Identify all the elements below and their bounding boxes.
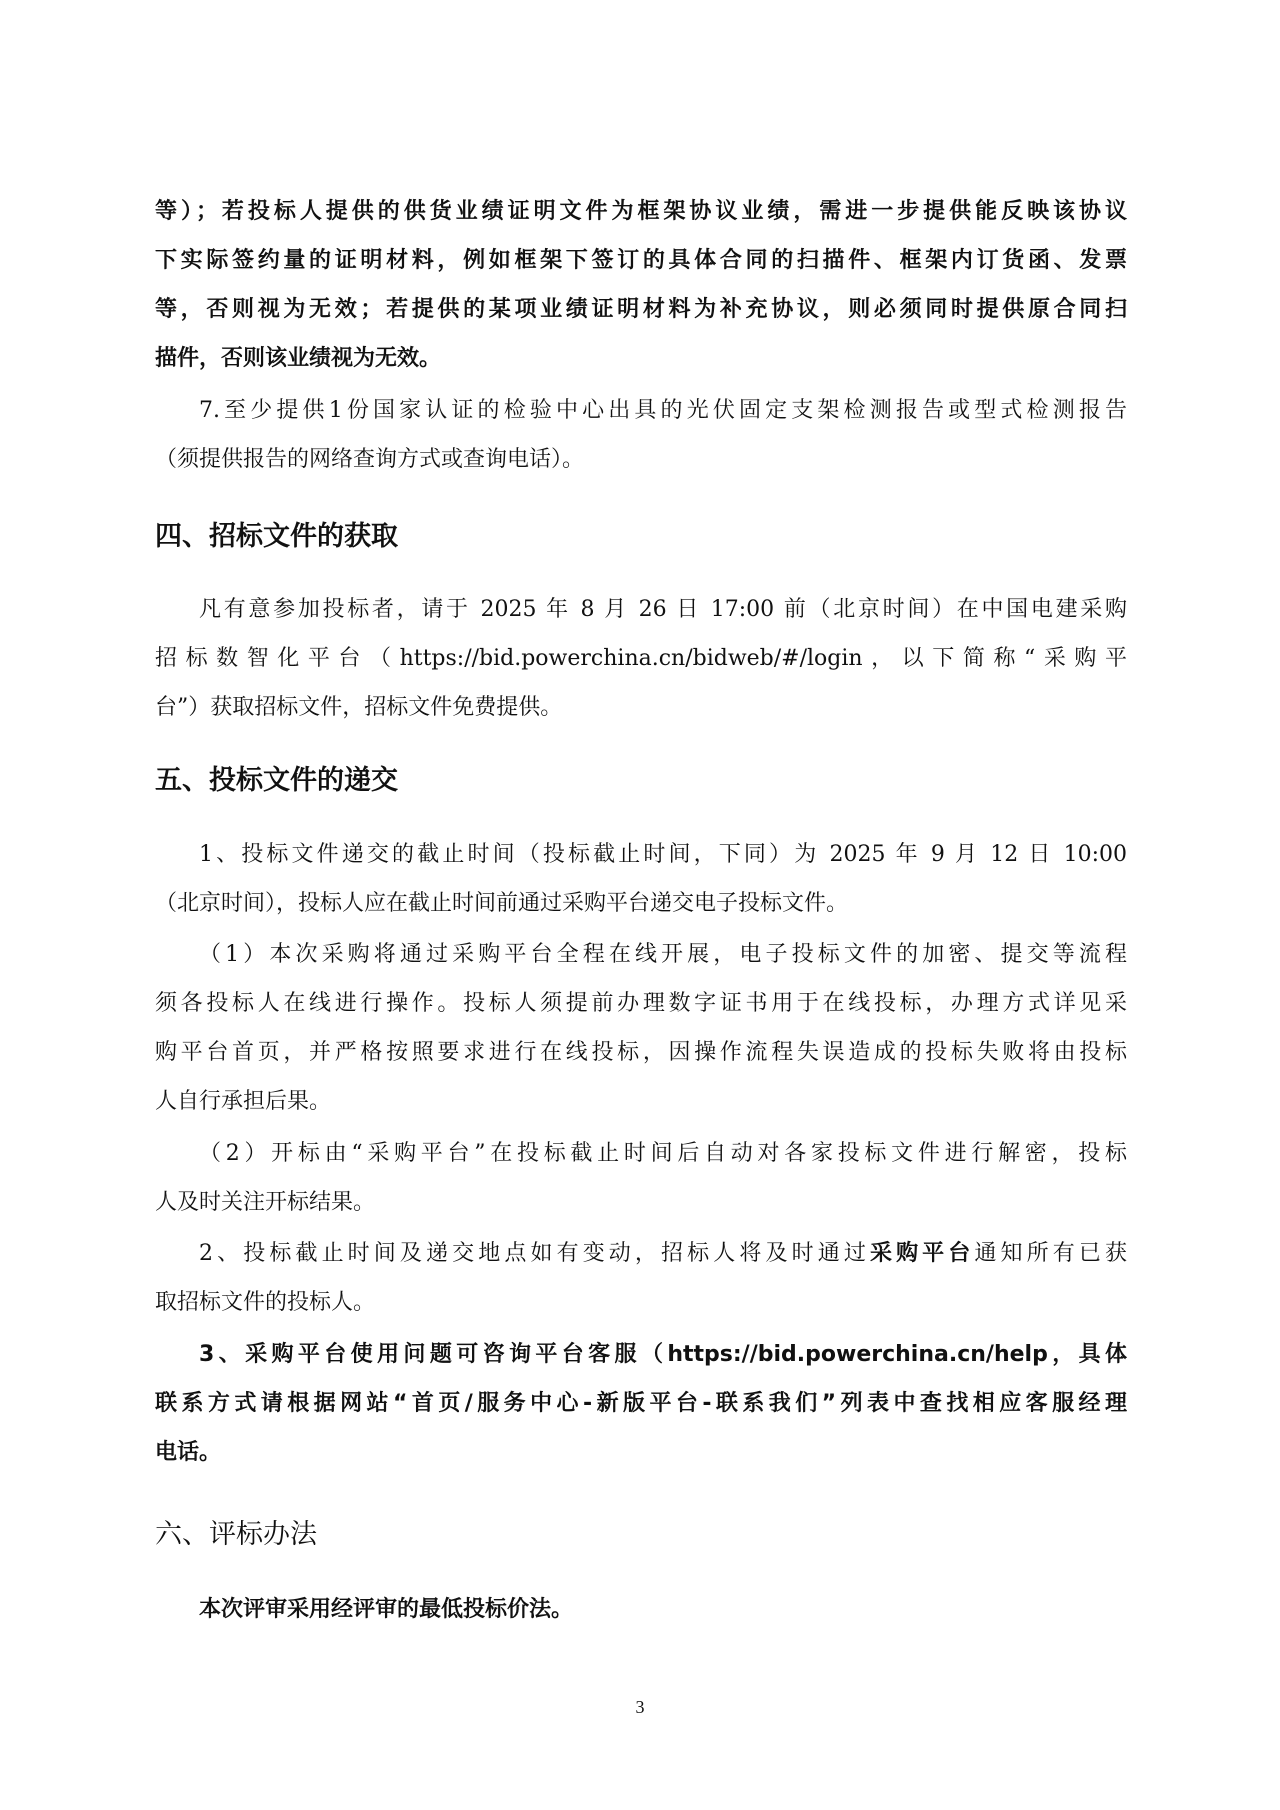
paragraph-line: 台”）获取招标文件，招标文件免费提供。 bbox=[155, 694, 1127, 722]
paragraph-line: 电话。 bbox=[155, 1439, 1127, 1467]
paragraph-line: 3、采购平台使用问题可咨询平台客服（https://bid.powerchina… bbox=[199, 1341, 1127, 1369]
paragraph-line: 描件，否则该业绩视为无效。 bbox=[155, 345, 1127, 373]
paragraph-line: （须提供报告的网络查询方式或查询电话）。 bbox=[155, 446, 1127, 474]
paragraph-line: 等，否则视为无效；若提供的某项业绩证明材料为补充协议，则必须同时提供原合同扫 bbox=[155, 296, 1127, 324]
paragraph-line: 人自行承担后果。 bbox=[155, 1088, 1127, 1116]
paragraph-line: （北京时间），投标人应在截止时间前通过采购平台递交电子投标文件。 bbox=[155, 890, 1127, 918]
paragraph-line: 2、投标截止时间及递交地点如有变动，招标人将及时通过采购平台通知所有已获 bbox=[199, 1240, 1127, 1268]
paragraph-line: 本次评审采用经评审的最低投标价法。 bbox=[199, 1596, 1127, 1624]
paragraph-line: （1）本次采购将通过采购平台全程在线开展，电子投标文件的加密、提交等流程 bbox=[199, 941, 1127, 969]
paragraph-line: 联系方式请根据网站“首页/服务中心-新版平台-联系我们”列表中查找相应客服经理 bbox=[155, 1390, 1127, 1418]
page-number: 3 bbox=[0, 1696, 1280, 1718]
section-heading-5: 五、投标文件的递交 bbox=[155, 764, 398, 798]
paragraph-line: 1、投标文件递交的截止时间（投标截止时间，下同）为 2025 年 9 月 12 … bbox=[199, 841, 1127, 869]
text-segment: 通知所有已获 bbox=[974, 1241, 1127, 1266]
document-page: 等）；若投标人提供的供货业绩证明文件为框架协议业绩，需进一步提供能反映该协议 下… bbox=[0, 0, 1280, 1810]
platform-name-emphasis: 采购平台 bbox=[870, 1241, 974, 1266]
paragraph-line: 购平台首页，并严格按照要求进行在线投标，因操作流程失误造成的投标失败将由投标 bbox=[155, 1039, 1127, 1067]
paragraph-line: 下实际签约量的证明材料，例如框架下签订的具体合同的扫描件、框架内订货函、发票 bbox=[155, 247, 1127, 275]
text-segment: 2、投标截止时间及递交地点如有变动，招标人将及时通过 bbox=[199, 1241, 870, 1266]
paragraph-line: 7.至少提供1份国家认证的检验中心出具的光伏固定支架检测报告或型式检测报告 bbox=[199, 397, 1127, 425]
paragraph-line: 招标数智化平台（https://bid.powerchina.cn/bidweb… bbox=[155, 645, 1127, 673]
paragraph-line: （2）开标由“采购平台”在投标截止时间后自动对各家投标文件进行解密，投标 bbox=[199, 1140, 1127, 1168]
paragraph-line: 人及时关注开标结果。 bbox=[155, 1189, 1127, 1217]
paragraph-line: 凡有意参加投标者，请于 2025 年 8 月 26 日 17:00 前（北京时间… bbox=[199, 596, 1127, 624]
paragraph-line: 须各投标人在线进行操作。投标人须提前办理数字证书用于在线投标，办理方式详见采 bbox=[155, 990, 1127, 1018]
section-heading-6: 六、评标办法 bbox=[155, 1518, 317, 1552]
section-heading-4: 四、招标文件的获取 bbox=[155, 520, 398, 554]
paragraph-line: 取招标文件的投标人。 bbox=[155, 1289, 1127, 1317]
paragraph-line: 等）；若投标人提供的供货业绩证明文件为框架协议业绩，需进一步提供能反映该协议 bbox=[155, 198, 1127, 226]
